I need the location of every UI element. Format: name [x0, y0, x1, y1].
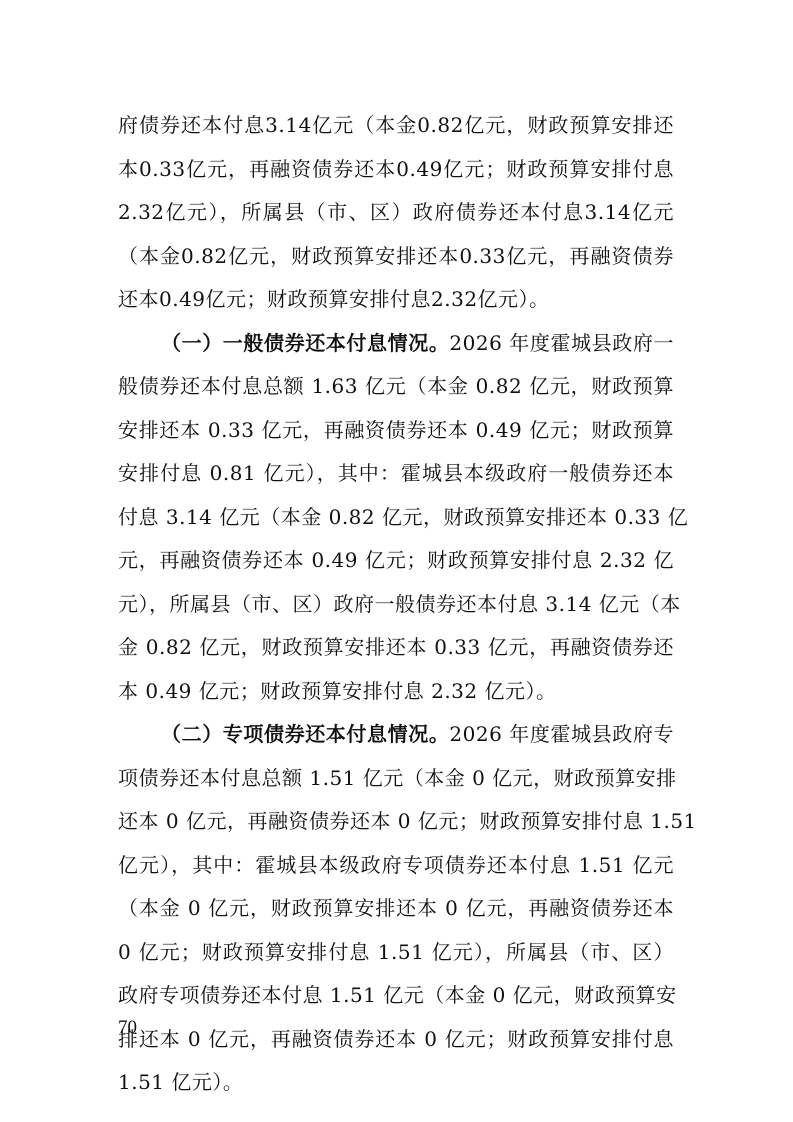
text-line: 0 亿元；财政预算安排付息 1.51 亿元），所属县（市、区） [118, 931, 674, 975]
text-line: 排还本 0 亿元，再融资债券还本 0 亿元；财政预算安排付息 [118, 1018, 674, 1062]
section-lead-text: 2026 年度霍城县政府专 [449, 722, 674, 746]
text-line: 还本 0 亿元，再融资债券还本 0 亿元；财政预算安排付息 1.51 [118, 800, 674, 844]
text-line: 2.32亿元），所属县（市、区）政府债券还本付息3.14亿元 [118, 191, 674, 235]
section-heading: （二）专项债券还本付息情况。 [161, 722, 449, 746]
text-line: 元），所属县（市、区）政府一般债券还本付息 3.14 亿元（本 [118, 583, 674, 627]
text-line: 1.51 亿元）。 [118, 1061, 674, 1105]
intro-paragraph: 府债券还本付息3.14亿元（本金0.82亿元，财政预算安排还 本0.33亿元，再… [118, 104, 674, 322]
section-first-line: （一）一般债券还本付息情况。2026 年度霍城县政府一 [118, 322, 674, 366]
text-line: 项债券还本付息总额 1.51 亿元（本金 0 亿元，财政预算安排 [118, 757, 674, 801]
document-page: 府债券还本付息3.14亿元（本金0.82亿元，财政预算安排还 本0.33亿元，再… [0, 0, 793, 1122]
section-general-bonds: （一）一般债券还本付息情况。2026 年度霍城县政府一 般债券还本付息总额 1.… [118, 322, 674, 714]
section-lead-text: 2026 年度霍城县政府一 [449, 331, 674, 355]
text-line: （本金0.82亿元，财政预算安排还本0.33亿元，再融资债券 [118, 235, 674, 279]
section-special-bonds: （二）专项债券还本付息情况。2026 年度霍城县政府专 项债券还本付息总额 1.… [118, 713, 674, 1105]
text-line: （本金 0 亿元，财政预算安排还本 0 亿元，再融资债券还本 [118, 887, 674, 931]
text-line: 元，再融资债券还本 0.49 亿元；财政预算安排付息 2.32 亿 [118, 539, 674, 583]
text-line: 本0.33亿元，再融资债券还本0.49亿元；财政预算安排付息 [118, 148, 674, 192]
section-heading: （一）一般债券还本付息情况。 [161, 331, 449, 355]
text-line: 府债券还本付息3.14亿元（本金0.82亿元，财政预算安排还 [118, 104, 674, 148]
text-line: 还本0.49亿元；财政预算安排付息2.32亿元）。 [118, 278, 674, 322]
text-line: 安排付息 0.81 亿元），其中：霍城县本级政府一般债券还本 [118, 452, 674, 496]
text-line: 安排还本 0.33 亿元，再融资债券还本 0.49 亿元；财政预算 [118, 409, 674, 453]
text-line: 亿元），其中：霍城县本级政府专项债券还本付息 1.51 亿元 [118, 844, 674, 888]
body-text: 府债券还本付息3.14亿元（本金0.82亿元，财政预算安排还 本0.33亿元，再… [118, 104, 674, 1105]
section-first-line: （二）专项债券还本付息情况。2026 年度霍城县政府专 [118, 713, 674, 757]
text-line: 政府专项债券还本付息 1.51 亿元（本金 0 亿元，财政预算安 [118, 974, 674, 1018]
page-number: 70 [118, 1016, 137, 1040]
text-line: 付息 3.14 亿元（本金 0.82 亿元，财政预算安排还本 0.33 亿 [118, 496, 674, 540]
text-line: 本 0.49 亿元；财政预算安排付息 2.32 亿元）。 [118, 670, 674, 714]
text-line: 金 0.82 亿元，财政预算安排还本 0.33 亿元，再融资债券还 [118, 626, 674, 670]
text-line: 般债券还本付息总额 1.63 亿元（本金 0.82 亿元，财政预算 [118, 365, 674, 409]
